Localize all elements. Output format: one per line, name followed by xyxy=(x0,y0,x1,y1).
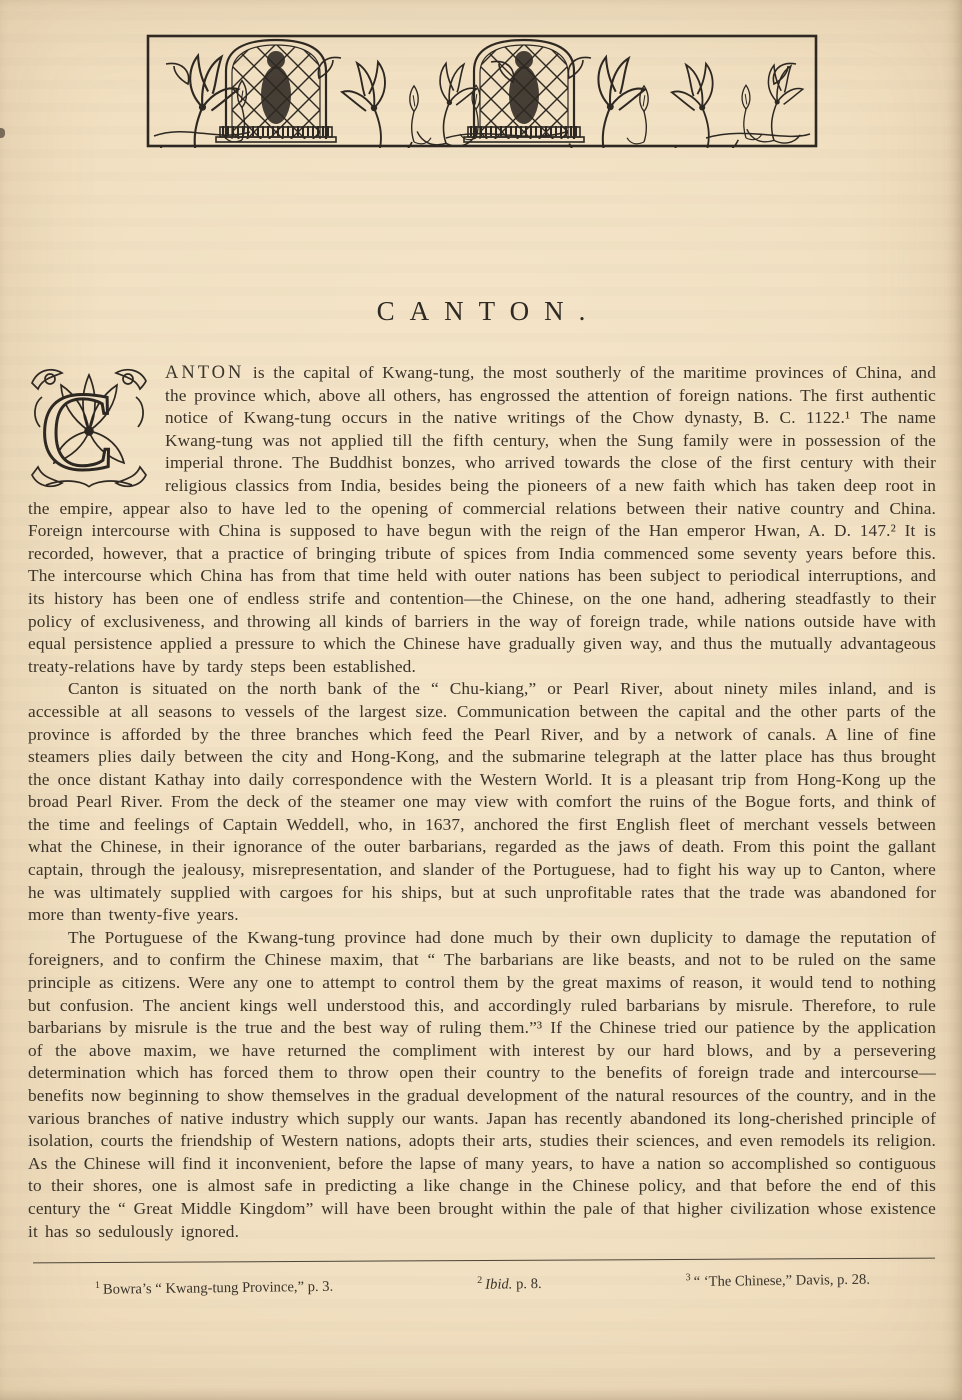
article-body: C ANTON is the capital of Kwang-tung, th… xyxy=(28,362,936,1243)
floral-ornament-band xyxy=(146,34,818,148)
drop-cap-ornament: C xyxy=(28,365,150,491)
footnote-2-marker: 2 xyxy=(477,1275,482,1286)
footnote-3-marker: 3 xyxy=(686,1272,691,1283)
book-page: CANTON. xyxy=(0,0,962,1400)
opening-word: ANTON xyxy=(165,363,244,383)
drop-cap-letter: C xyxy=(40,370,115,491)
footnote-3: 3“ ‘The Chinese,” Davis, p. 28. xyxy=(686,1270,871,1291)
footnote-1-text: Bowra’s “ Kwang-tung Province,” p. 3. xyxy=(103,1279,333,1298)
paragraph-2: Canton is situated on the north bank of … xyxy=(28,678,936,927)
scan-edge-mark xyxy=(0,128,5,138)
paragraph-1: C ANTON is the capital of Kwang-tung, th… xyxy=(28,362,936,678)
footnote-1-marker: 1 xyxy=(95,1280,100,1291)
footnote-3-text: “ ‘The Chinese,” Davis, p. 28. xyxy=(694,1272,870,1290)
footnote-2-italic: Ibid. xyxy=(485,1276,512,1292)
page-title: CANTON. xyxy=(0,296,962,327)
paragraph-3: The Portuguese of the Kwang-tung provinc… xyxy=(28,927,936,1243)
paragraph-1-text: is the capital of Kwang-tung, the most s… xyxy=(28,363,936,676)
footnote-rule xyxy=(33,1258,935,1264)
footnote-1: 1Bowra’s “ Kwang-tung Province,” p. 3. xyxy=(95,1277,333,1299)
footnotes: 1Bowra’s “ Kwang-tung Province,” p. 3. 2… xyxy=(95,1270,870,1299)
footnote-2: 2Ibid. p. 8. xyxy=(477,1274,542,1294)
footnote-2-text: p. 8. xyxy=(516,1276,542,1292)
